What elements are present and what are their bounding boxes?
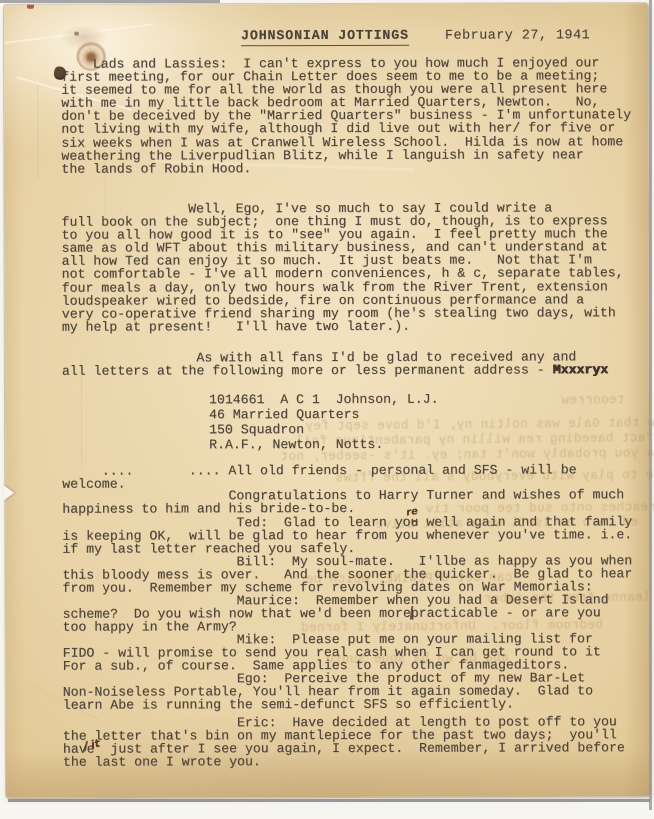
address-block: 1014661 A C 1 Johnson, L.J. 46 Married Q… xyxy=(209,392,439,453)
struck-out-text: Mxxxryx xyxy=(553,362,608,377)
paragraph-well-ego: Well, Ego, I've so much to say I could w… xyxy=(61,201,623,333)
paragraph-ted: Ted: Glad to learn you well again and th… xyxy=(62,515,632,556)
paragraph-maurice: Maurice: Remember when you had a Desert … xyxy=(63,593,609,634)
paragraph-ego: Ego: Perceive the product of my new Bar-… xyxy=(63,671,593,712)
pen-caret-mark: ^ xyxy=(410,519,418,531)
red-edge-mark xyxy=(27,5,34,9)
paragraph-mike: Mike: Please put me on your mailing list… xyxy=(63,632,601,673)
pen-insertion-re: re xyxy=(405,506,418,519)
paragraph-eric: Eric: Have decided at length to post off… xyxy=(63,715,625,769)
crease-line xyxy=(37,85,38,180)
paragraph-congratulations: Congratulations to Harry Turner and wish… xyxy=(62,488,624,516)
letter-date: February 27, 1941 xyxy=(445,28,590,43)
address-intro-text: As with all fans I'd be glad to received… xyxy=(62,349,576,378)
scan-edge-top xyxy=(0,0,220,3)
letter-title: JOHNSONIAN JOTTINGS xyxy=(241,29,409,46)
scan-edge-right xyxy=(649,0,652,810)
letter-page: If dfd know tbat Gale was noltin ny, I'd… xyxy=(4,3,650,798)
paragraph-address-intro: As with all fans I'd be glad to received… xyxy=(62,350,608,378)
paragraph-bill: Bill: My soul-mate. I'llbe as happy as y… xyxy=(62,554,632,595)
scanned-letter: If dfd know tbat Gale was noltin ny, I'd… xyxy=(0,0,654,819)
stain-speck xyxy=(74,32,79,36)
paragraph-opening: Lads and Lassies: I can't express to you… xyxy=(61,56,631,175)
scan-edge-bottom xyxy=(8,799,650,802)
torn-edge-notch xyxy=(3,485,14,501)
